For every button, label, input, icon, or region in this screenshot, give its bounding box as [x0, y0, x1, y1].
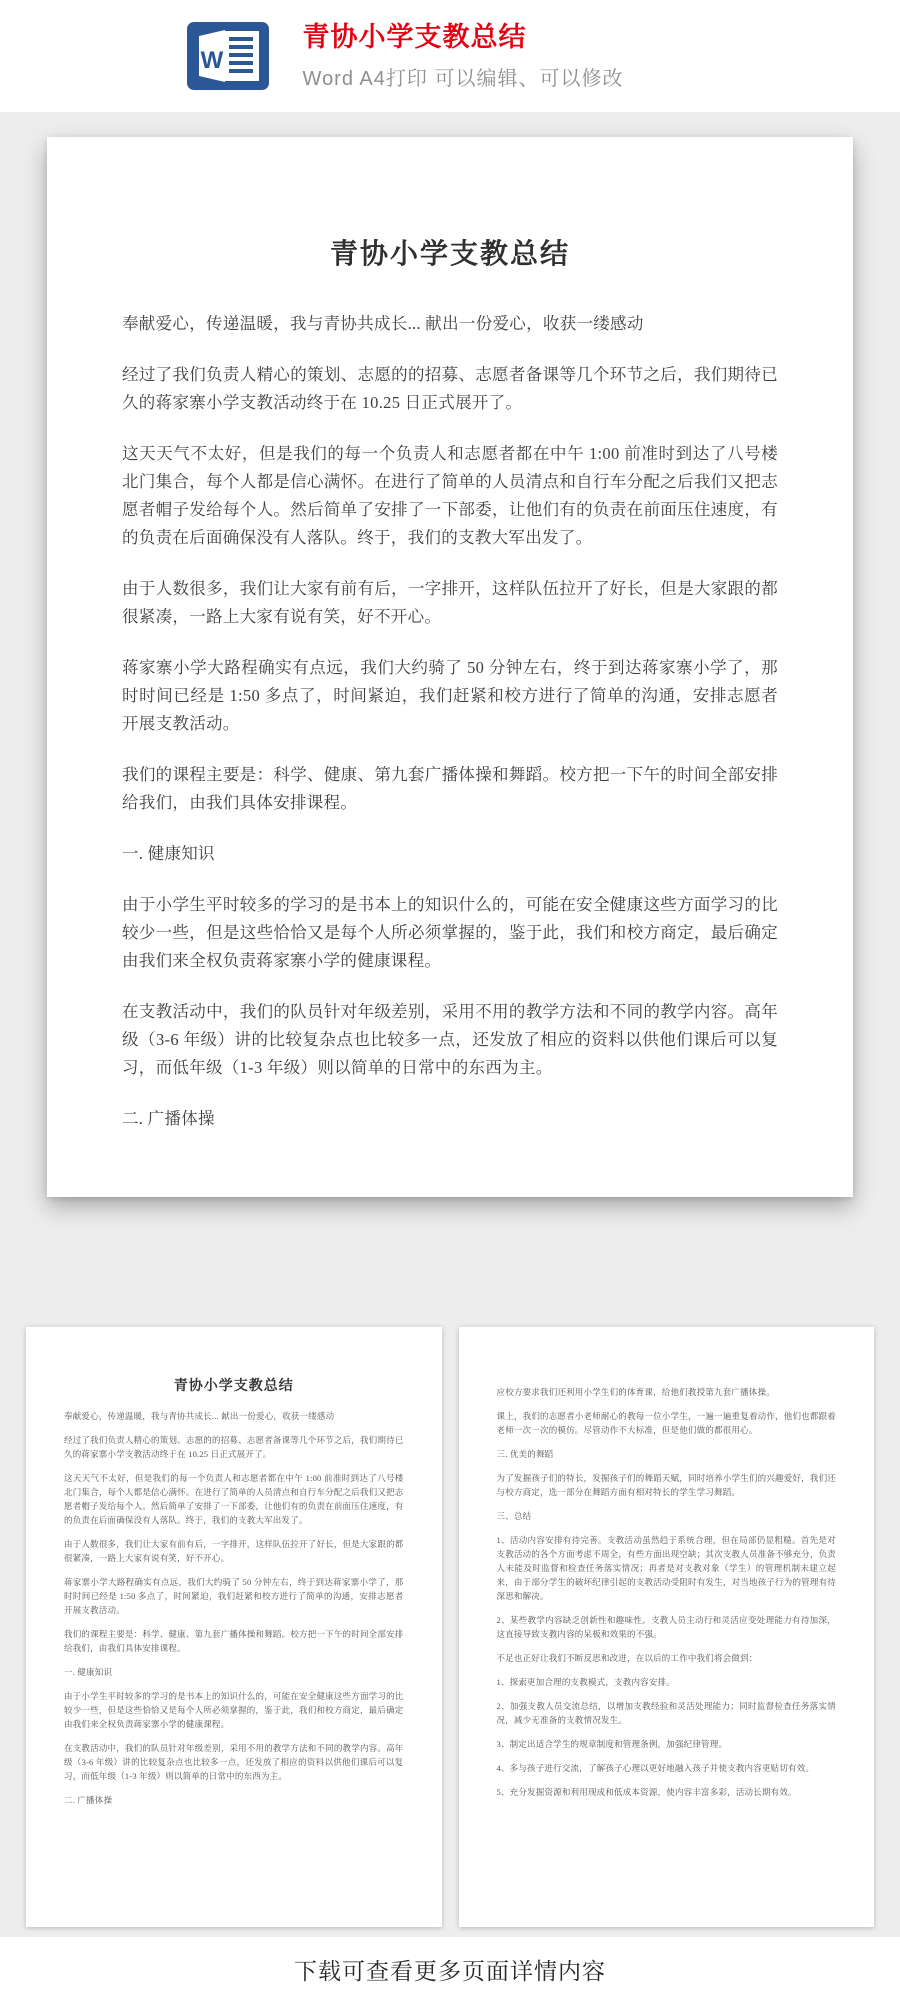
bottom-bar: 下载可查看更多页面详情内容 — [0, 1937, 900, 2002]
header-doc-title: 青协小学支教总结 — [303, 21, 624, 55]
paragraph: 我们的课程主要是：科学、健康、第九套广播体操和舞蹈。校方把一下午的时间全部安排给… — [122, 761, 778, 817]
paragraph: 在支教活动中，我们的队员针对年级差别，采用不用的教学方法和不同的教学内容。高年级… — [122, 998, 778, 1082]
page-1-body: 奉献爱心，传递温暖，我与青协共成长... 献出一份爱心，收获一缕感动经过了我们负… — [122, 310, 778, 1133]
paragraph: 由于人数很多，我们让大家有前有后，一字排开，这样队伍拉开了好长，但是大家跟的都很… — [64, 1537, 404, 1565]
header-text: 青协小学支教总结 Word A4打印 可以编辑、可以修改 — [303, 21, 624, 91]
paragraph: 1、探索更加合理的支教模式，支教内容安排。 — [497, 1675, 837, 1689]
thumbnail-page-1[interactable]: 青协小学支教总结 奉献爱心，传递温暖，我与青协共成长... 献出一份爱心，收获一… — [26, 1327, 442, 1927]
paragraph: 这天天气不太好，但是我们的每一个负责人和志愿者都在中午 1:00 前准时到达了八… — [64, 1471, 404, 1527]
paragraph: 3、制定出适合学生的规章制度和管理条例，加强纪律管理。 — [497, 1737, 837, 1751]
paragraph: 蒋家寨小学大路程确实有点远，我们大约骑了 50 分钟左右，终于到达蒋家寨小学了，… — [64, 1575, 404, 1617]
word-icon: W — [187, 22, 269, 90]
paragraph: 应校方要求我们还利用小学生们的体育课，给他们教授第九套广播体操。 — [497, 1385, 837, 1399]
paragraph: 经过了我们负责人精心的策划、志愿的的招募、志愿者备课等几个环节之后，我们期待已久… — [64, 1433, 404, 1461]
paragraph: 一. 健康知识 — [122, 840, 778, 868]
site-header: W 青协小学支教总结 Word A4打印 可以编辑、可以修改 — [0, 0, 900, 112]
paragraph: 由于小学生平时较多的学习的是书本上的知识什么的，可能在安全健康这些方面学习的比较… — [122, 891, 778, 975]
svg-text:W: W — [200, 47, 223, 74]
word-icon-graphic: W — [187, 22, 269, 90]
download-hint-text: 下载可查看更多页面详情内容 — [294, 1953, 606, 1986]
document-page-1: 青协小学支教总结 奉献爱心，传递温暖，我与青协共成长... 献出一份爱心，收获一… — [47, 137, 853, 1197]
document-preview-area: 青协小学支教总结 奉献爱心，传递温暖，我与青协共成长... 献出一份爱心，收获一… — [0, 112, 900, 1937]
thumbnail-page-1-title: 青协小学支教总结 — [64, 1375, 404, 1395]
paragraph: 奉献爱心，传递温暖，我与青协共成长... 献出一份爱心，收获一缕感动 — [122, 310, 778, 338]
paragraph: 为了发掘孩子们的特长，发掘孩子们的舞蹈天赋，同时培养小学生们的兴趣爱好，我们还与… — [497, 1471, 837, 1499]
thumbnail-page-2-body: 应校方要求我们还利用小学生们的体育课，给他们教授第九套广播体操。课上，我们的志愿… — [497, 1375, 837, 1799]
paragraph: 三. 优美的舞蹈 — [497, 1447, 837, 1461]
paragraph: 由于人数很多，我们让大家有前有后，一字排开，这样队伍拉开了好长，但是大家跟的都很… — [122, 575, 778, 631]
page-thumbnails-row: 青协小学支教总结 奉献爱心，传递温暖，我与青协共成长... 献出一份爱心，收获一… — [26, 1327, 874, 1927]
paragraph: 三、总结 — [497, 1509, 837, 1523]
thumbnail-page-1-body: 奉献爱心，传递温暖，我与青协共成长... 献出一份爱心，收获一缕感动经过了我们负… — [64, 1409, 404, 1807]
paragraph: 这天天气不太好，但是我们的每一个负责人和志愿者都在中午 1:00 前准时到达了八… — [122, 440, 778, 552]
paragraph: 4、多与孩子进行交流，了解孩子心理以更好地融入孩子并使支教内容更贴切有效。 — [497, 1761, 837, 1775]
header-doc-format-info: Word A4打印 可以编辑、可以修改 — [303, 62, 624, 91]
paragraph: 二. 广播体操 — [64, 1793, 404, 1807]
paragraph: 5、充分发掘资源和利用现成和低成本资源，使内容丰富多彩，活动长期有效。 — [497, 1785, 837, 1799]
paragraph: 2、某些教学内容缺乏创新性和趣味性。支教人员主动行和灵活应变处理能力有待加深，这… — [497, 1613, 837, 1641]
paragraph: 我们的课程主要是：科学、健康、第九套广播体操和舞蹈。校方把一下午的时间全部安排给… — [64, 1627, 404, 1655]
paragraph: 蒋家寨小学大路程确实有点远，我们大约骑了 50 分钟左右，终于到达蒋家寨小学了，… — [122, 654, 778, 738]
thumbnail-page-2[interactable]: 应校方要求我们还利用小学生们的体育课，给他们教授第九套广播体操。课上，我们的志愿… — [459, 1327, 875, 1927]
header-inner: W 青协小学支教总结 Word A4打印 可以编辑、可以修改 — [187, 21, 624, 91]
paragraph: 课上，我们的志愿者小老师耐心的教每一位小学生，一遍一遍重复着动作，他们也都跟着老… — [497, 1409, 837, 1437]
page-1-title: 青协小学支教总结 — [122, 232, 778, 272]
paragraph: 奉献爱心，传递温暖，我与青协共成长... 献出一份爱心，收获一缕感动 — [64, 1409, 404, 1423]
paragraph: 在支教活动中，我们的队员针对年级差别，采用不用的教学方法和不同的教学内容。高年级… — [64, 1741, 404, 1783]
paragraph: 由于小学生平时较多的学习的是书本上的知识什么的，可能在安全健康这些方面学习的比较… — [64, 1689, 404, 1731]
paragraph: 经过了我们负责人精心的策划、志愿的的招募、志愿者备课等几个环节之后，我们期待已久… — [122, 361, 778, 417]
paragraph: 二. 广播体操 — [122, 1105, 778, 1133]
paragraph: 1、活动内容安排有待完善。支教活动虽然趋于系统合理，但在局部仍显粗糙。首先是对支… — [497, 1533, 837, 1603]
paragraph: 一. 健康知识 — [64, 1665, 404, 1679]
paragraph: 2、加强支教人员交流总结，以增加支教经验和灵活处理能力；同时监督检查任务落实情况… — [497, 1699, 837, 1727]
paragraph: 不足也正好让我们不断反思和改进，在以后的工作中我们将会做到： — [497, 1651, 837, 1665]
